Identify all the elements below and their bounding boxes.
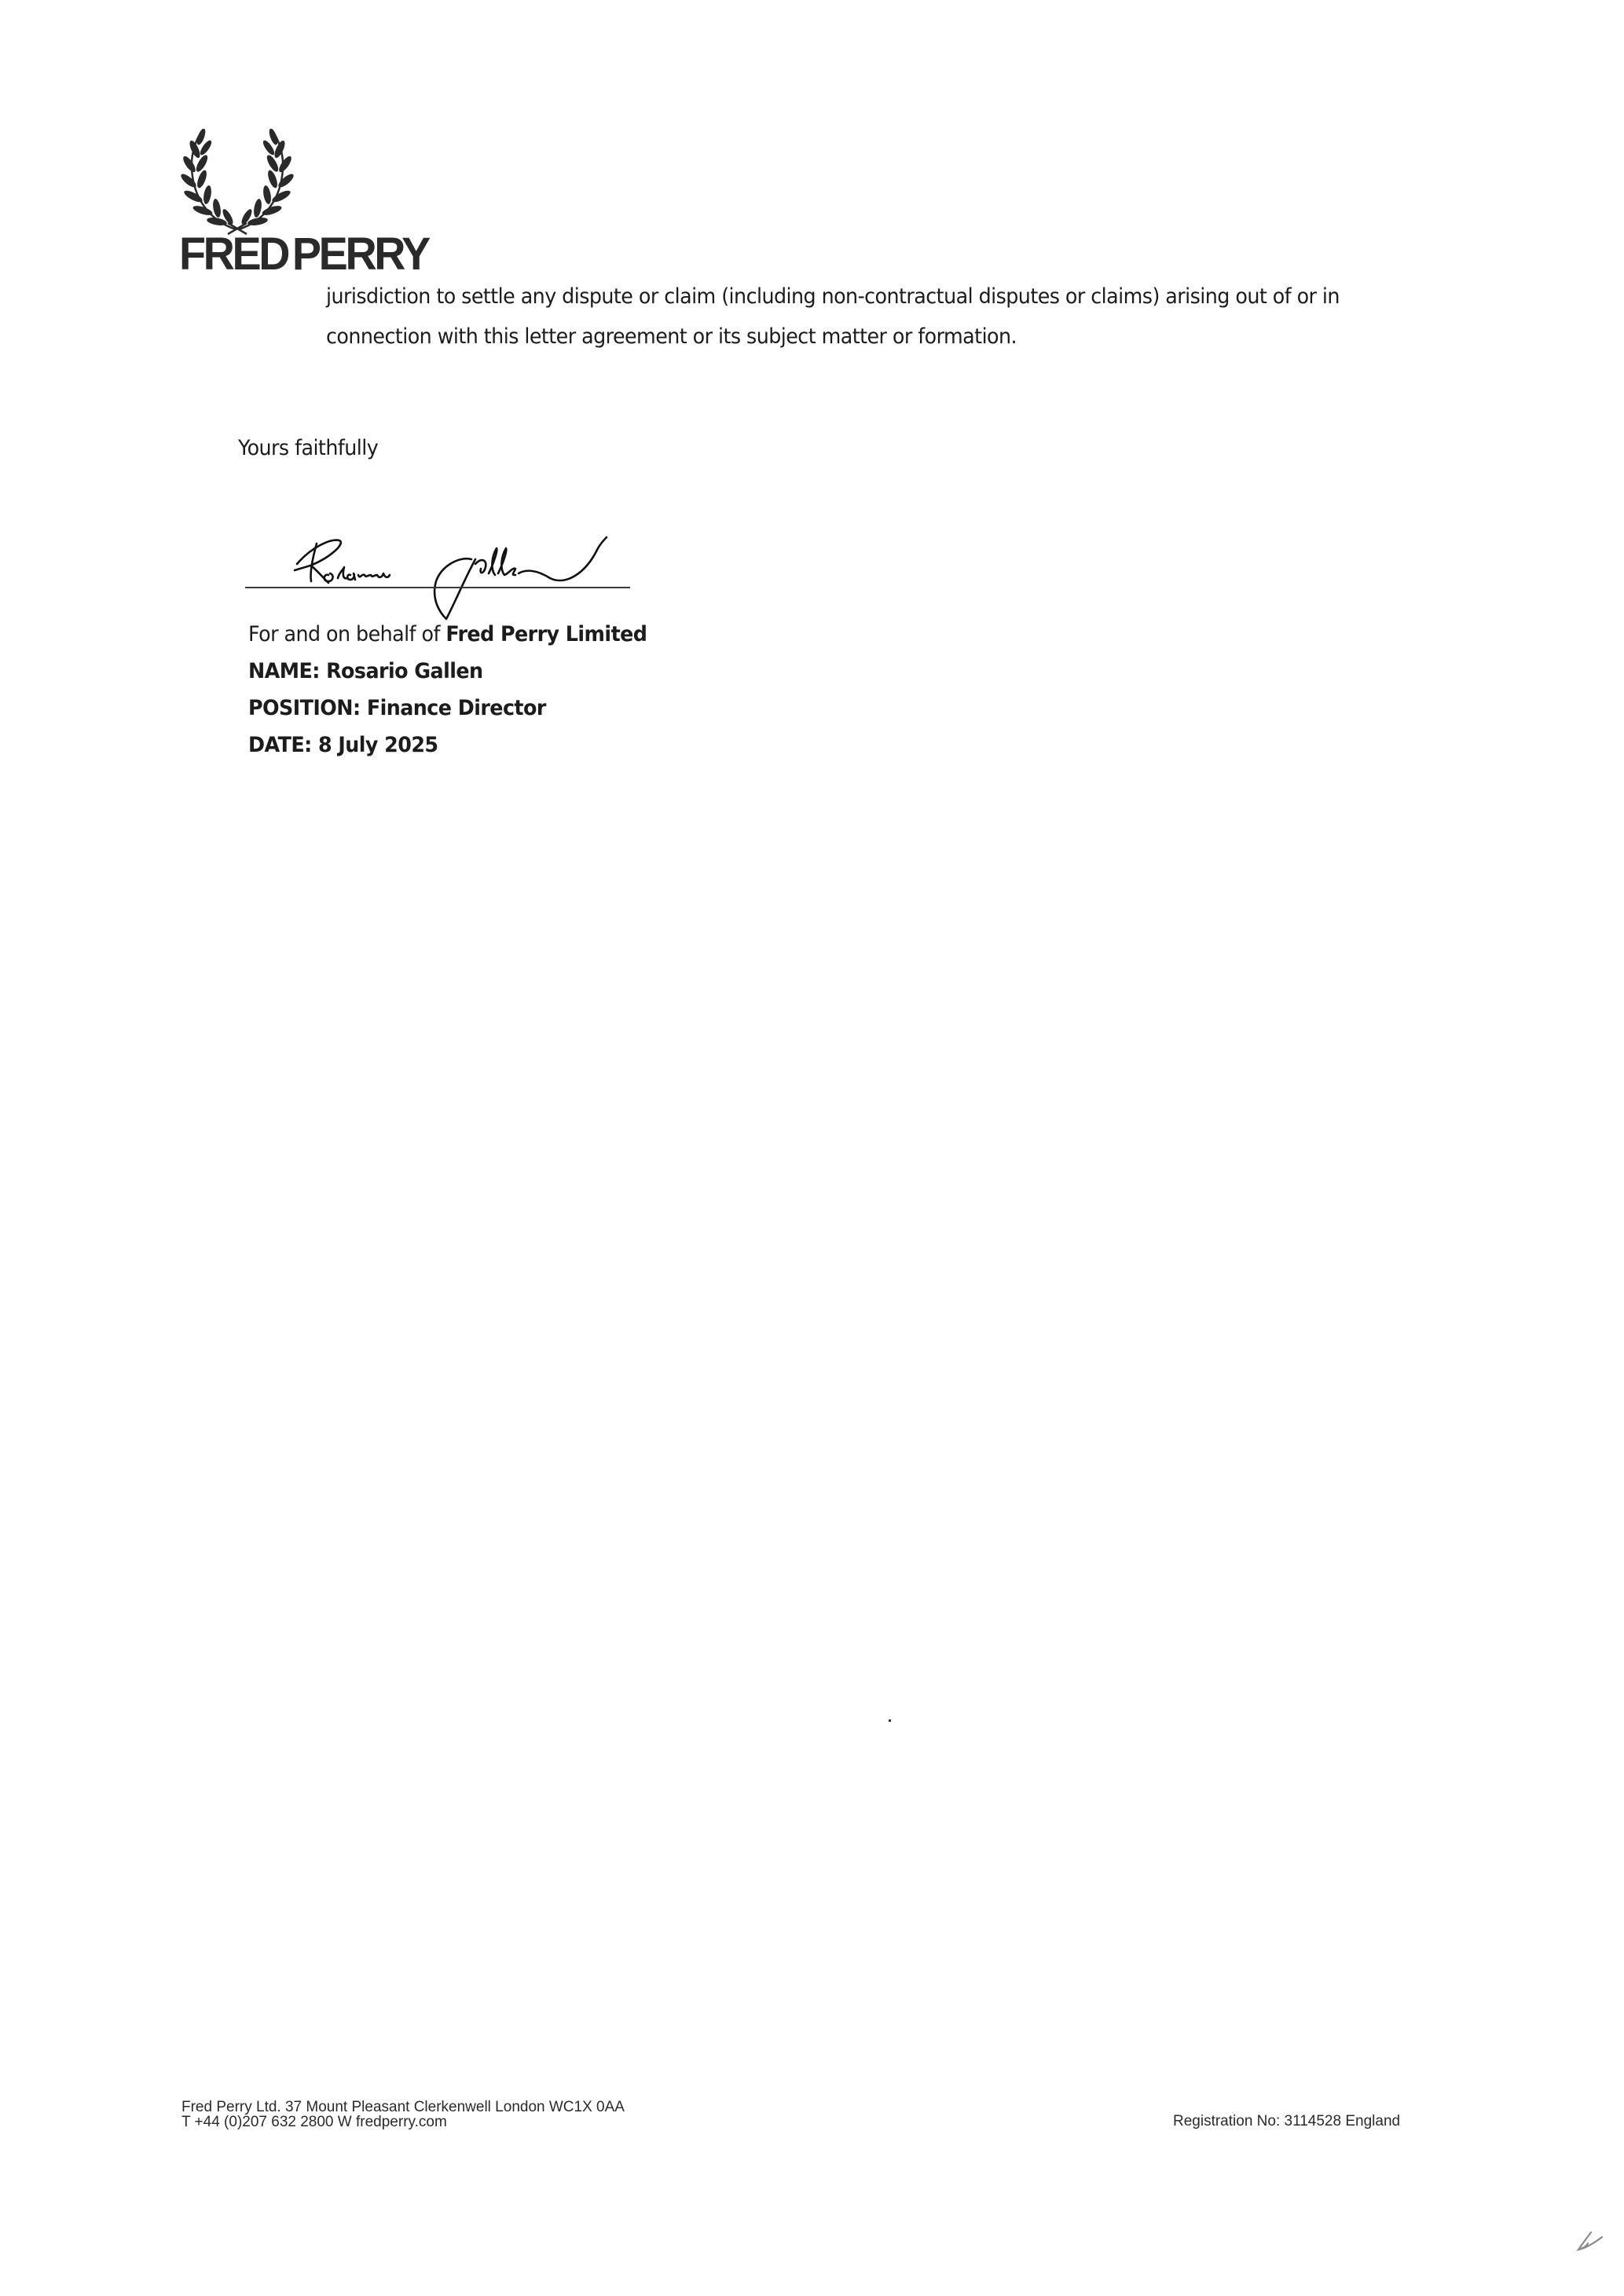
closing-salutation: Yours faithfully <box>238 436 378 460</box>
scan-speck <box>889 1719 891 1722</box>
date-value: 8 July 2025 <box>318 733 438 757</box>
brand-wordmark: FREDPERRY <box>179 232 428 277</box>
paragraph-line: connection with this letter agreement or… <box>326 324 1017 349</box>
brand-name-last: PERRY <box>292 229 428 280</box>
laurel-wreath-icon <box>181 129 294 236</box>
footer-contact: T +44 (0)207 632 2800 W fredperry.com <box>181 2115 625 2129</box>
name-value: Rosario Gallen <box>326 659 482 683</box>
brand-name-first: FRED <box>179 229 288 280</box>
handwritten-initials-icon <box>1575 2231 1607 2254</box>
behalf-prefix: For and on behalf of <box>248 622 445 646</box>
footer-address-block: Fred Perry Ltd. 37 Mount Pleasant Clerke… <box>181 2100 625 2129</box>
date-label: DATE: <box>248 733 318 757</box>
behalf-line: For and on behalf of Fred Perry Limited <box>248 616 647 653</box>
footer-address: Fred Perry Ltd. 37 Mount Pleasant Clerke… <box>181 2100 625 2115</box>
handwritten-signature-icon <box>236 526 644 624</box>
name-line: NAME: Rosario Gallen <box>248 653 647 690</box>
signatory-block: For and on behalf of Fred Perry Limited … <box>248 616 647 764</box>
footer-registration: Registration No: 3114528 England <box>1173 2114 1400 2129</box>
name-label: NAME: <box>248 659 326 683</box>
position-label: POSITION: <box>248 696 367 720</box>
paragraph-line: jurisdiction to settle any dispute or cl… <box>326 284 1340 309</box>
company-name: Fred Perry Limited <box>445 622 647 646</box>
position-line: POSITION: Finance Director <box>248 690 647 727</box>
date-line: DATE: 8 July 2025 <box>248 727 647 764</box>
letter-page: FREDPERRY jurisdiction to settle any dis… <box>0 0 1624 2296</box>
position-value: Finance Director <box>367 696 546 720</box>
fred-perry-logo: FREDPERRY <box>178 126 445 276</box>
signature-line <box>245 587 630 588</box>
